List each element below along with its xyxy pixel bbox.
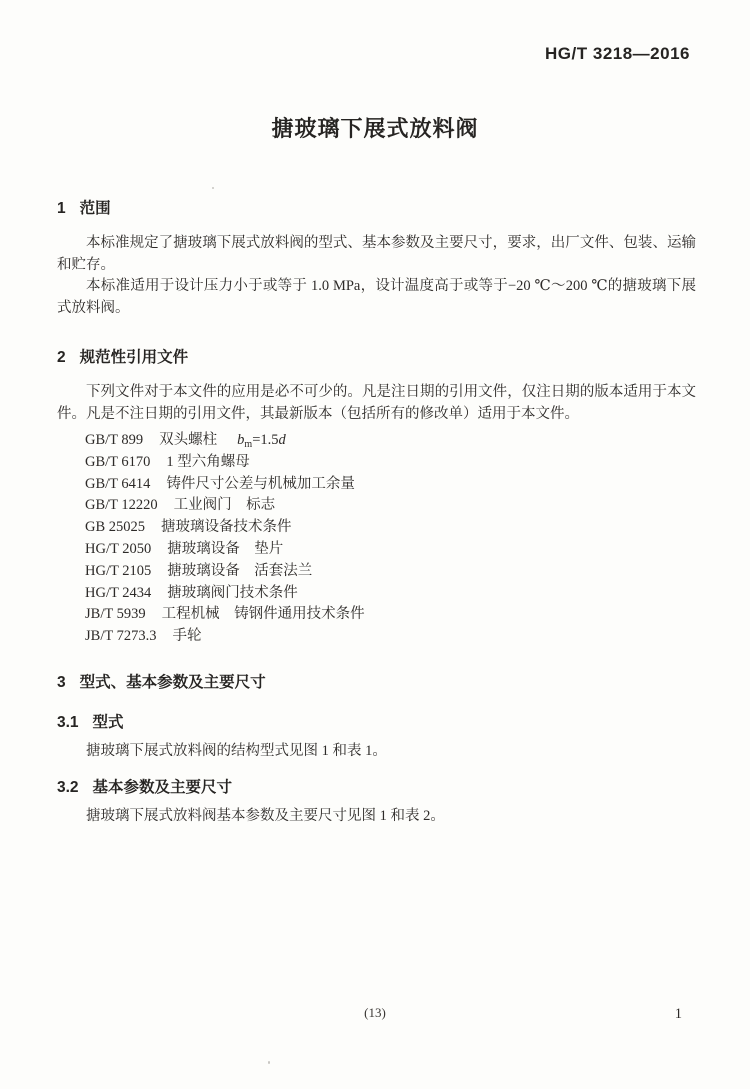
standard-number: HG/T 3218—2016 bbox=[545, 44, 690, 64]
reference-code: JB/T 7273.3 bbox=[85, 628, 156, 644]
section-1-paragraph-2: 本标准适用于设计压力小于或等于 1.0 MPa，设计温度高于或等于−20 ℃～2… bbox=[57, 276, 696, 319]
page-number: 1 bbox=[675, 1006, 682, 1023]
reference-code: JB/T 5939 bbox=[85, 606, 146, 622]
section-2-paragraph-1: 下列文件对于本文件的应用是必不可少的。凡是注日期的引用文件，仅注日期的版本适用于… bbox=[57, 382, 696, 425]
reference-item: JB/T 5939工程机械 铸钢件通用技术条件 bbox=[85, 604, 724, 626]
reference-code: HG/T 2434 bbox=[85, 585, 151, 601]
scan-speck bbox=[212, 187, 214, 189]
reference-title: 工程机械 铸钢件通用技术条件 bbox=[162, 606, 365, 622]
reference-title: 搪玻璃设备 垫片 bbox=[167, 541, 283, 557]
reference-title: 搪玻璃设备 活套法兰 bbox=[167, 563, 312, 579]
section-3-2-paragraph: 搪玻璃下展式放料阀基本参数及主要尺寸见图 1 和表 2。 bbox=[57, 806, 696, 828]
section-3-heading: 3型式、基本参数及主要尺寸 bbox=[57, 670, 696, 692]
document-page: HG/T 3218—2016 搪玻璃下展式放料阀 1范围 本标准规定了搪玻璃下展… bbox=[0, 0, 750, 1089]
section-1-title: 范围 bbox=[80, 200, 111, 217]
reference-item: HG/T 2105搪玻璃设备 活套法兰 bbox=[85, 561, 724, 583]
reference-title: 1 型六角螺母 bbox=[166, 454, 249, 470]
footer-volume-number: (13) bbox=[0, 1005, 750, 1021]
section-3-2-heading: 3.2基本参数及主要尺寸 bbox=[57, 775, 696, 797]
reference-code: HG/T 2105 bbox=[85, 563, 151, 579]
document-title: 搪玻璃下展式放料阀 bbox=[0, 112, 750, 143]
section-3-2-title: 基本参数及主要尺寸 bbox=[93, 779, 233, 796]
section-1-number: 1 bbox=[57, 200, 66, 218]
reference-code: GB/T 12220 bbox=[85, 497, 158, 513]
section-2-heading: 2规范性引用文件 bbox=[57, 345, 696, 367]
reference-item: GB/T 6414铸件尺寸公差与机械加工余量 bbox=[85, 474, 724, 496]
section-1-paragraph-1: 本标准规定了搪玻璃下展式放料阀的型式、基本参数及主要尺寸，要求，出厂文件、包装、… bbox=[57, 233, 696, 276]
reference-item: HG/T 2050搪玻璃设备 垫片 bbox=[85, 539, 724, 561]
reference-code: GB/T 6414 bbox=[85, 476, 150, 492]
reference-title: 工业阀门 标志 bbox=[174, 497, 276, 513]
section-2-title: 规范性引用文件 bbox=[80, 349, 189, 366]
reference-item: GB/T 899双头螺柱bm=1.5d bbox=[85, 430, 724, 452]
reference-code: HG/T 2050 bbox=[85, 541, 151, 557]
reference-code: GB/T 6170 bbox=[85, 454, 150, 470]
reference-title: 手轮 bbox=[172, 628, 201, 644]
reference-item: GB/T 12220工业阀门 标志 bbox=[85, 495, 724, 517]
scan-speck bbox=[268, 1061, 270, 1064]
reference-title: 搪玻璃阀门技术条件 bbox=[167, 585, 298, 601]
section-3-title: 型式、基本参数及主要尺寸 bbox=[80, 674, 266, 691]
reference-title: 搪玻璃设备技术条件 bbox=[161, 519, 292, 535]
reference-code: GB 25025 bbox=[85, 519, 145, 535]
reference-item: GB/T 61701 型六角螺母 bbox=[85, 452, 724, 474]
reference-formula: bm=1.5d bbox=[237, 432, 286, 448]
reference-title: 双头螺柱 bbox=[159, 432, 217, 448]
section-1-body: 本标准规定了搪玻璃下展式放料阀的型式、基本参数及主要尺寸，要求，出厂文件、包装、… bbox=[57, 233, 696, 319]
section-2-body: 下列文件对于本文件的应用是必不可少的。凡是注日期的引用文件，仅注日期的版本适用于… bbox=[57, 382, 696, 425]
section-3-2-number: 3.2 bbox=[57, 779, 79, 797]
section-2-number: 2 bbox=[57, 349, 66, 367]
reference-title: 铸件尺寸公差与机械加工余量 bbox=[166, 476, 355, 492]
references-list: GB/T 899双头螺柱bm=1.5dGB/T 61701 型六角螺母GB/T … bbox=[57, 430, 724, 648]
section-3-1-heading: 3.1型式 bbox=[57, 710, 696, 732]
section-1-heading: 1范围 bbox=[57, 196, 696, 218]
section-3-number: 3 bbox=[57, 674, 66, 692]
reference-item: HG/T 2434搪玻璃阀门技术条件 bbox=[85, 583, 724, 605]
section-3-1-number: 3.1 bbox=[57, 714, 79, 732]
reference-code: GB/T 899 bbox=[85, 432, 143, 448]
section-3-1-body: 搪玻璃下展式放料阀的结构型式见图 1 和表 1。 bbox=[57, 741, 696, 763]
reference-item: GB 25025搪玻璃设备技术条件 bbox=[85, 517, 724, 539]
section-3-2-body: 搪玻璃下展式放料阀基本参数及主要尺寸见图 1 和表 2。 bbox=[57, 806, 696, 828]
section-3-1-paragraph: 搪玻璃下展式放料阀的结构型式见图 1 和表 1。 bbox=[57, 741, 696, 763]
section-3-1-title: 型式 bbox=[93, 714, 124, 731]
reference-item: JB/T 7273.3手轮 bbox=[85, 626, 724, 648]
